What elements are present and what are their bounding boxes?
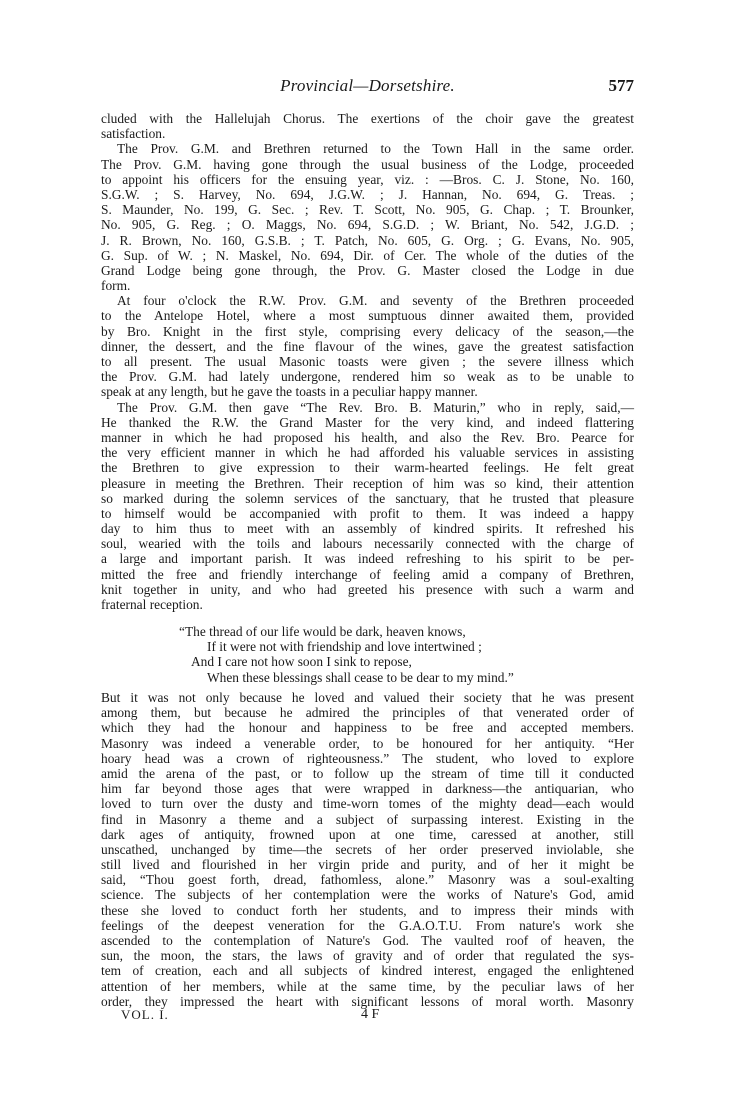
text-line: so marked during the solemn services of … [101,491,634,506]
text-line: by Bro. Knight in the first style, compr… [101,324,634,339]
text-line: At four o'clock the R.W. Prov. G.M. and … [101,293,634,308]
page-footer: VOL. I. 4 F [101,1007,634,1025]
text-line: dinner, the dessert, and the fine flavou… [101,339,634,354]
poem-line: If it were not with friendship and love … [179,639,514,654]
text-line: science. The subjects of her contemplati… [101,887,634,902]
text-line: the Brethren to give expression to their… [101,460,634,475]
text-line: mitted the free and friendly interchange… [101,567,634,582]
text-line: the Prov. G.M. had lately undergone, ren… [101,369,634,384]
running-title: Provincial—Dorsetshire. [101,76,634,96]
text-line: to himself would be accompanied with pro… [101,506,634,521]
text-line: soul, wearied with the toils and labours… [101,536,634,551]
body-text-section-1: cluded with the Hallelujah Chorus. The e… [101,111,634,612]
text-line: among them, but because he admired the p… [101,705,634,720]
text-line: The Prov. G.M. then gave “The Rev. Bro. … [101,400,634,415]
text-line: to the Antelope Hotel, where a most sump… [101,308,634,323]
text-line: S.G.W. ; S. Harvey, No. 694, J.G.W. ; J.… [101,187,634,202]
text-line: day to him thus to meet with an assembly… [101,521,634,536]
text-line: knit together in unity, and who had gree… [101,582,634,597]
text-line: manner in which he had proposed his heal… [101,430,634,445]
poem-line: And I care not how soon I sink to repose… [179,654,514,669]
poem-line: When these blessings shall cease to be d… [179,670,514,685]
text-line: the very efficient manner in which he ha… [101,445,634,460]
text-line: cluded with the Hallelujah Chorus. The e… [101,111,634,126]
text-line: No. 905, G. Reg. ; O. Maggs, No. 694, S.… [101,217,634,232]
text-line: still lived and flourished in her virgin… [101,857,634,872]
text-line: amid the arena of the past, or to follow… [101,766,634,781]
printer-signature: 4 F [361,1007,379,1023]
text-line: G. Sup. of W. ; N. Maskel, No. 694, Dir.… [101,248,634,263]
text-line: The Prov. G.M. having gone through the u… [101,157,634,172]
text-line: unscathed, unchanged by time—the secrets… [101,842,634,857]
poem-line: “The thread of our life would be dark, h… [179,624,514,639]
text-line: these she loved to conduct forth her stu… [101,903,634,918]
text-line: Masonry was indeed a venerable order, to… [101,736,634,751]
text-line: find in Masonry a theme and a subject of… [101,812,634,827]
text-line: said, “Thou goest forth, dread, fathomle… [101,872,634,887]
text-line: loved to turn over the dusty and time-wo… [101,796,634,811]
text-line: hoary head was a crown of righteousness.… [101,751,634,766]
text-line: sun, the moon, the stars, the laws of gr… [101,948,634,963]
text-line: pleasure in meeting the Brethren. Their … [101,476,634,491]
poem-quotation: “The thread of our life would be dark, h… [179,624,514,685]
text-line: Grand Lodge being gone through, the Prov… [101,263,634,278]
body-text-section-2: But it was not only because he loved and… [101,690,634,1009]
page-header: Provincial—Dorsetshire. 577 [101,76,634,98]
text-line: feelings of the deepest veneration for t… [101,918,634,933]
text-line: tem of creation, each and all subjects o… [101,963,634,978]
text-line: a large and important parish. It was ind… [101,551,634,566]
text-line: to appoint his officers for the ensuing … [101,172,634,187]
text-line: J. R. Brown, No. 160, G.S.B. ; T. Patch,… [101,233,634,248]
text-line: fraternal reception. [101,597,634,612]
text-line: He thanked the R.W. the Grand Master for… [101,415,634,430]
text-line: satisfaction. [101,126,634,141]
volume-label: VOL. I. [121,1007,169,1023]
text-line: speak at any length, but he gave the toa… [101,384,634,399]
text-line: which they had the honour and happiness … [101,720,634,735]
text-line: attention of her members, while at the s… [101,979,634,994]
text-line: dark ages of antiquity, frowned upon at … [101,827,634,842]
text-line: But it was not only because he loved and… [101,690,634,705]
text-line: S. Maunder, No. 199, G. Sec. ; Rev. T. S… [101,202,634,217]
text-line: to all present. The usual Masonic toasts… [101,354,634,369]
text-line: The Prov. G.M. and Brethren returned to … [101,141,634,156]
page-number: 577 [609,76,635,96]
text-line: form. [101,278,634,293]
text-line: him far beyond those ages that were wrap… [101,781,634,796]
text-line: ascended to the contemplation of Nature'… [101,933,634,948]
